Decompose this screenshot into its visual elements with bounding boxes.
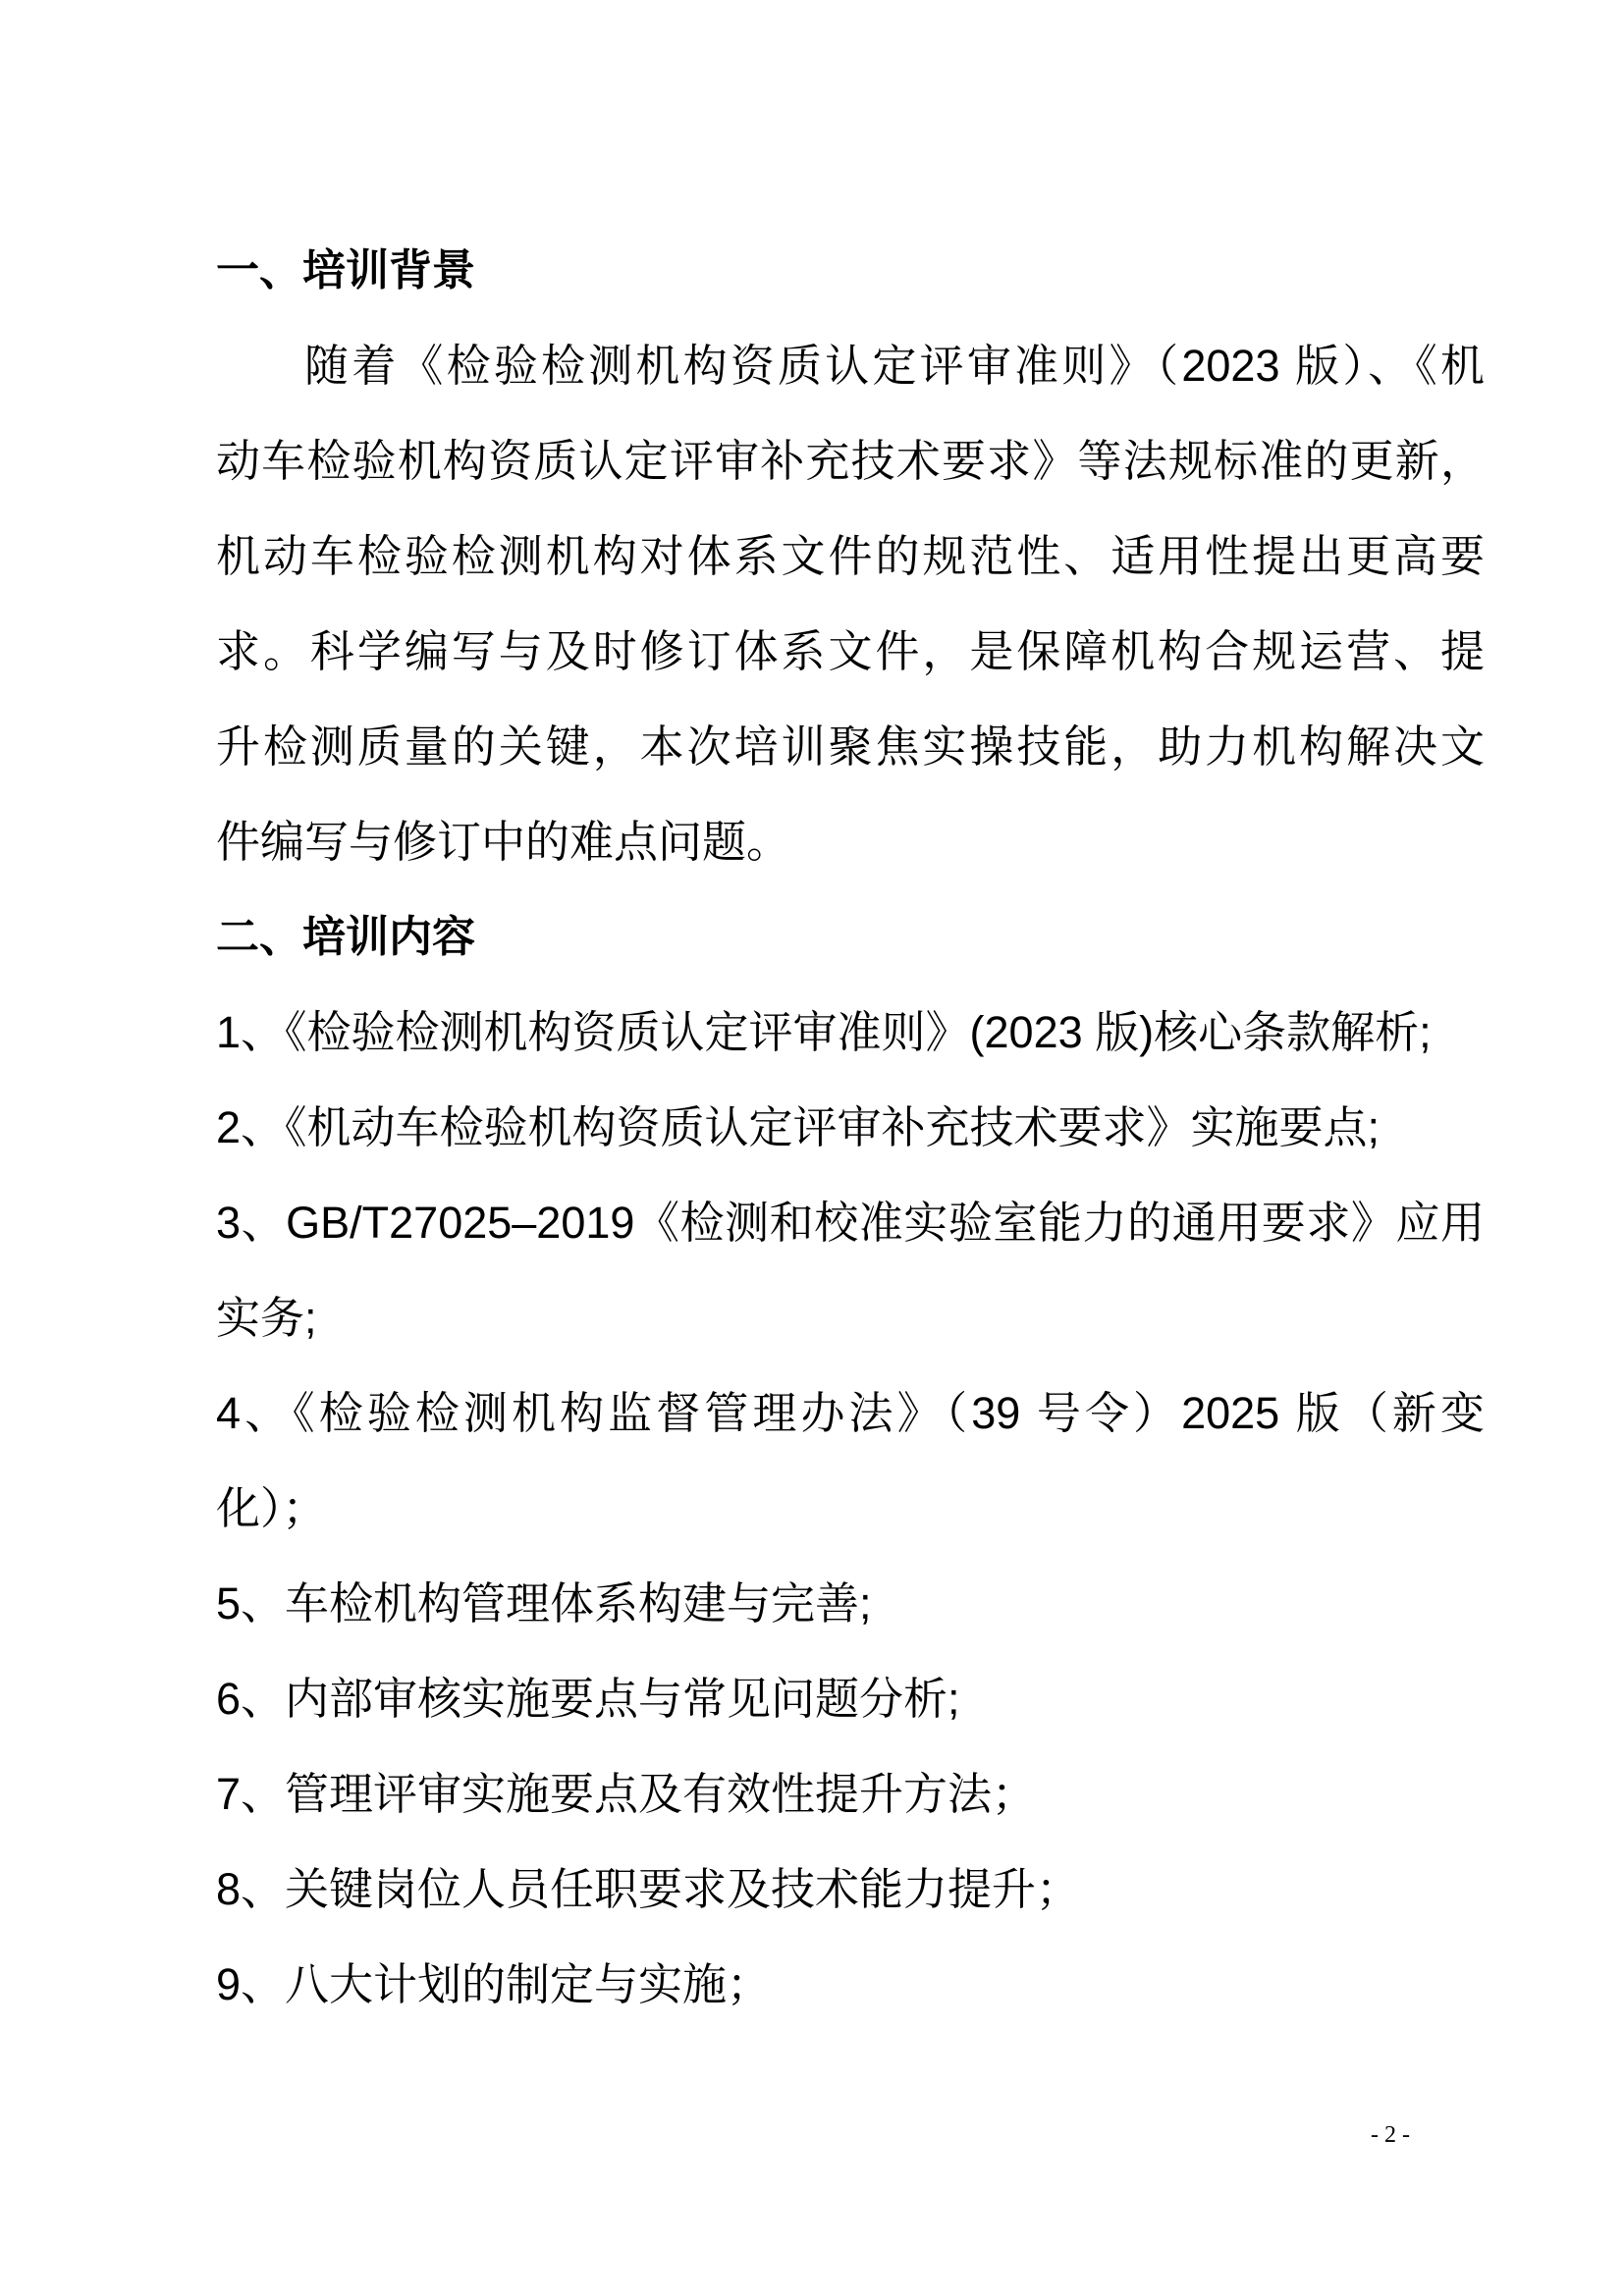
list-item-9: 9、八大计划的制定与实施；: [216, 1937, 1485, 2032]
section-heading-training-background: 一、培训背景: [216, 223, 1485, 318]
list-item-5: 5、车检机构管理体系构建与完善;: [216, 1556, 1485, 1651]
document-page: 一、培训背景 随着《检验检测机构资质认定评审准则》（2023 版）、《机 动车检…: [0, 0, 1624, 2296]
paragraph-line: 动车检验机构资质认定评审补充技术要求》等法规标准的更新，: [216, 413, 1485, 508]
list-item-3-continued: 实务;: [216, 1270, 1485, 1365]
paragraph-line: 机动车检验检测机构对体系文件的规范性、适用性提出更高要: [216, 508, 1485, 604]
list-item-4-continued: 化）；: [216, 1461, 1485, 1556]
document-body: 一、培训背景 随着《检验检测机构资质认定评审准则》（2023 版）、《机 动车检…: [216, 223, 1485, 2032]
paragraph-line: 求。科学编写与及时修订体系文件，是保障机构合规运营、提: [216, 604, 1485, 699]
list-item-1: 1、《检验检测机构资质认定评审准则》(2023 版)核心条款解析;: [216, 985, 1485, 1080]
list-item-2: 2、《机动车检验机构资质认定评审补充技术要求》实施要点;: [216, 1080, 1485, 1175]
list-item-7: 7、管理评审实施要点及有效性提升方法；: [216, 1746, 1485, 1842]
list-item-4: 4、《检验检测机构监督管理办法》（39 号令）2025 版（新变: [216, 1365, 1485, 1461]
paragraph-line: 随着《检验检测机构资质认定评审准则》（2023 版）、《机: [216, 318, 1485, 413]
list-item-3: 3、GB/T27025–2019《检测和校准实验室能力的通用要求》应用: [216, 1175, 1485, 1270]
list-item-6: 6、内部审核实施要点与常见问题分析;: [216, 1651, 1485, 1746]
paragraph-line: 升检测质量的关键，本次培训聚焦实操技能，助力机构解决文: [216, 699, 1485, 794]
section-heading-training-content: 二、培训内容: [216, 889, 1485, 985]
list-item-8: 8、关键岗位人员任职要求及技术能力提升；: [216, 1842, 1485, 1937]
page-number: - 2 -: [1371, 2120, 1410, 2150]
paragraph-line: 件编写与修订中的难点问题。: [216, 794, 1485, 889]
